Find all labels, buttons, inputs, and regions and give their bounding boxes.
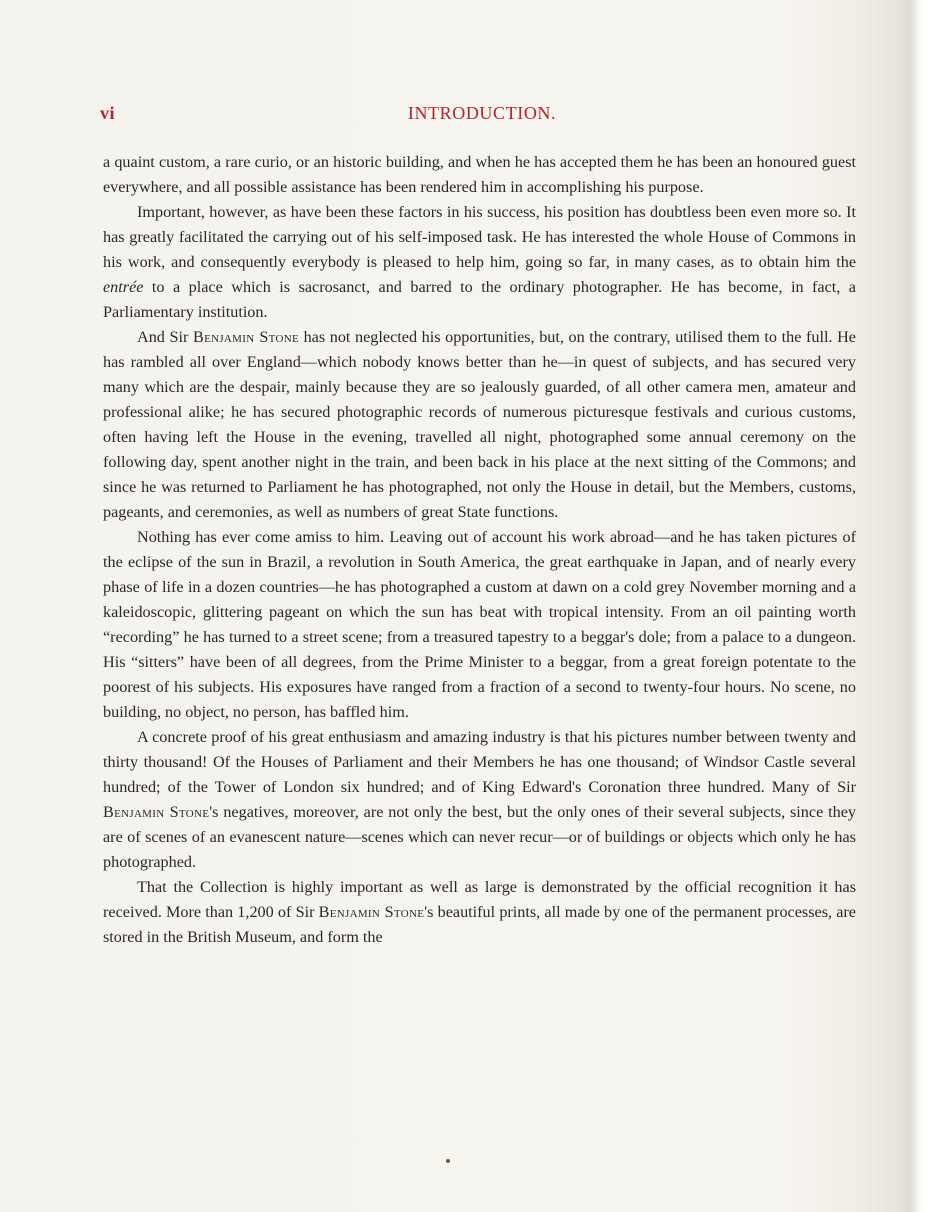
- book-page: vi INTRODUCTION. a quaint custom, a rare…: [0, 0, 925, 1212]
- running-title: INTRODUCTION.: [100, 103, 856, 124]
- page-edge-shadow: [911, 0, 925, 1212]
- paragraph: Nothing has ever come amiss to him. Leav…: [103, 525, 856, 725]
- paragraph: That the Collection is highly important …: [103, 875, 856, 950]
- paragraph: Important, however, as have been these f…: [103, 200, 856, 325]
- small-caps-name: Benjamin Stone: [193, 328, 299, 346]
- footer-ornament-dot: [446, 1159, 450, 1163]
- italic-term: entrée: [103, 278, 143, 296]
- page-header: vi INTRODUCTION.: [100, 103, 856, 127]
- small-caps-name: Benjamin Stone: [103, 803, 209, 821]
- paragraph: a quaint custom, a rare curio, or an his…: [103, 150, 856, 200]
- small-caps-name: Benjamin Stone: [319, 903, 425, 921]
- paragraph: A concrete proof of his great enthusiasm…: [103, 725, 856, 875]
- paragraph: And Sir Benjamin Stone has not neglected…: [103, 325, 856, 525]
- body-text: a quaint custom, a rare curio, or an his…: [103, 150, 856, 950]
